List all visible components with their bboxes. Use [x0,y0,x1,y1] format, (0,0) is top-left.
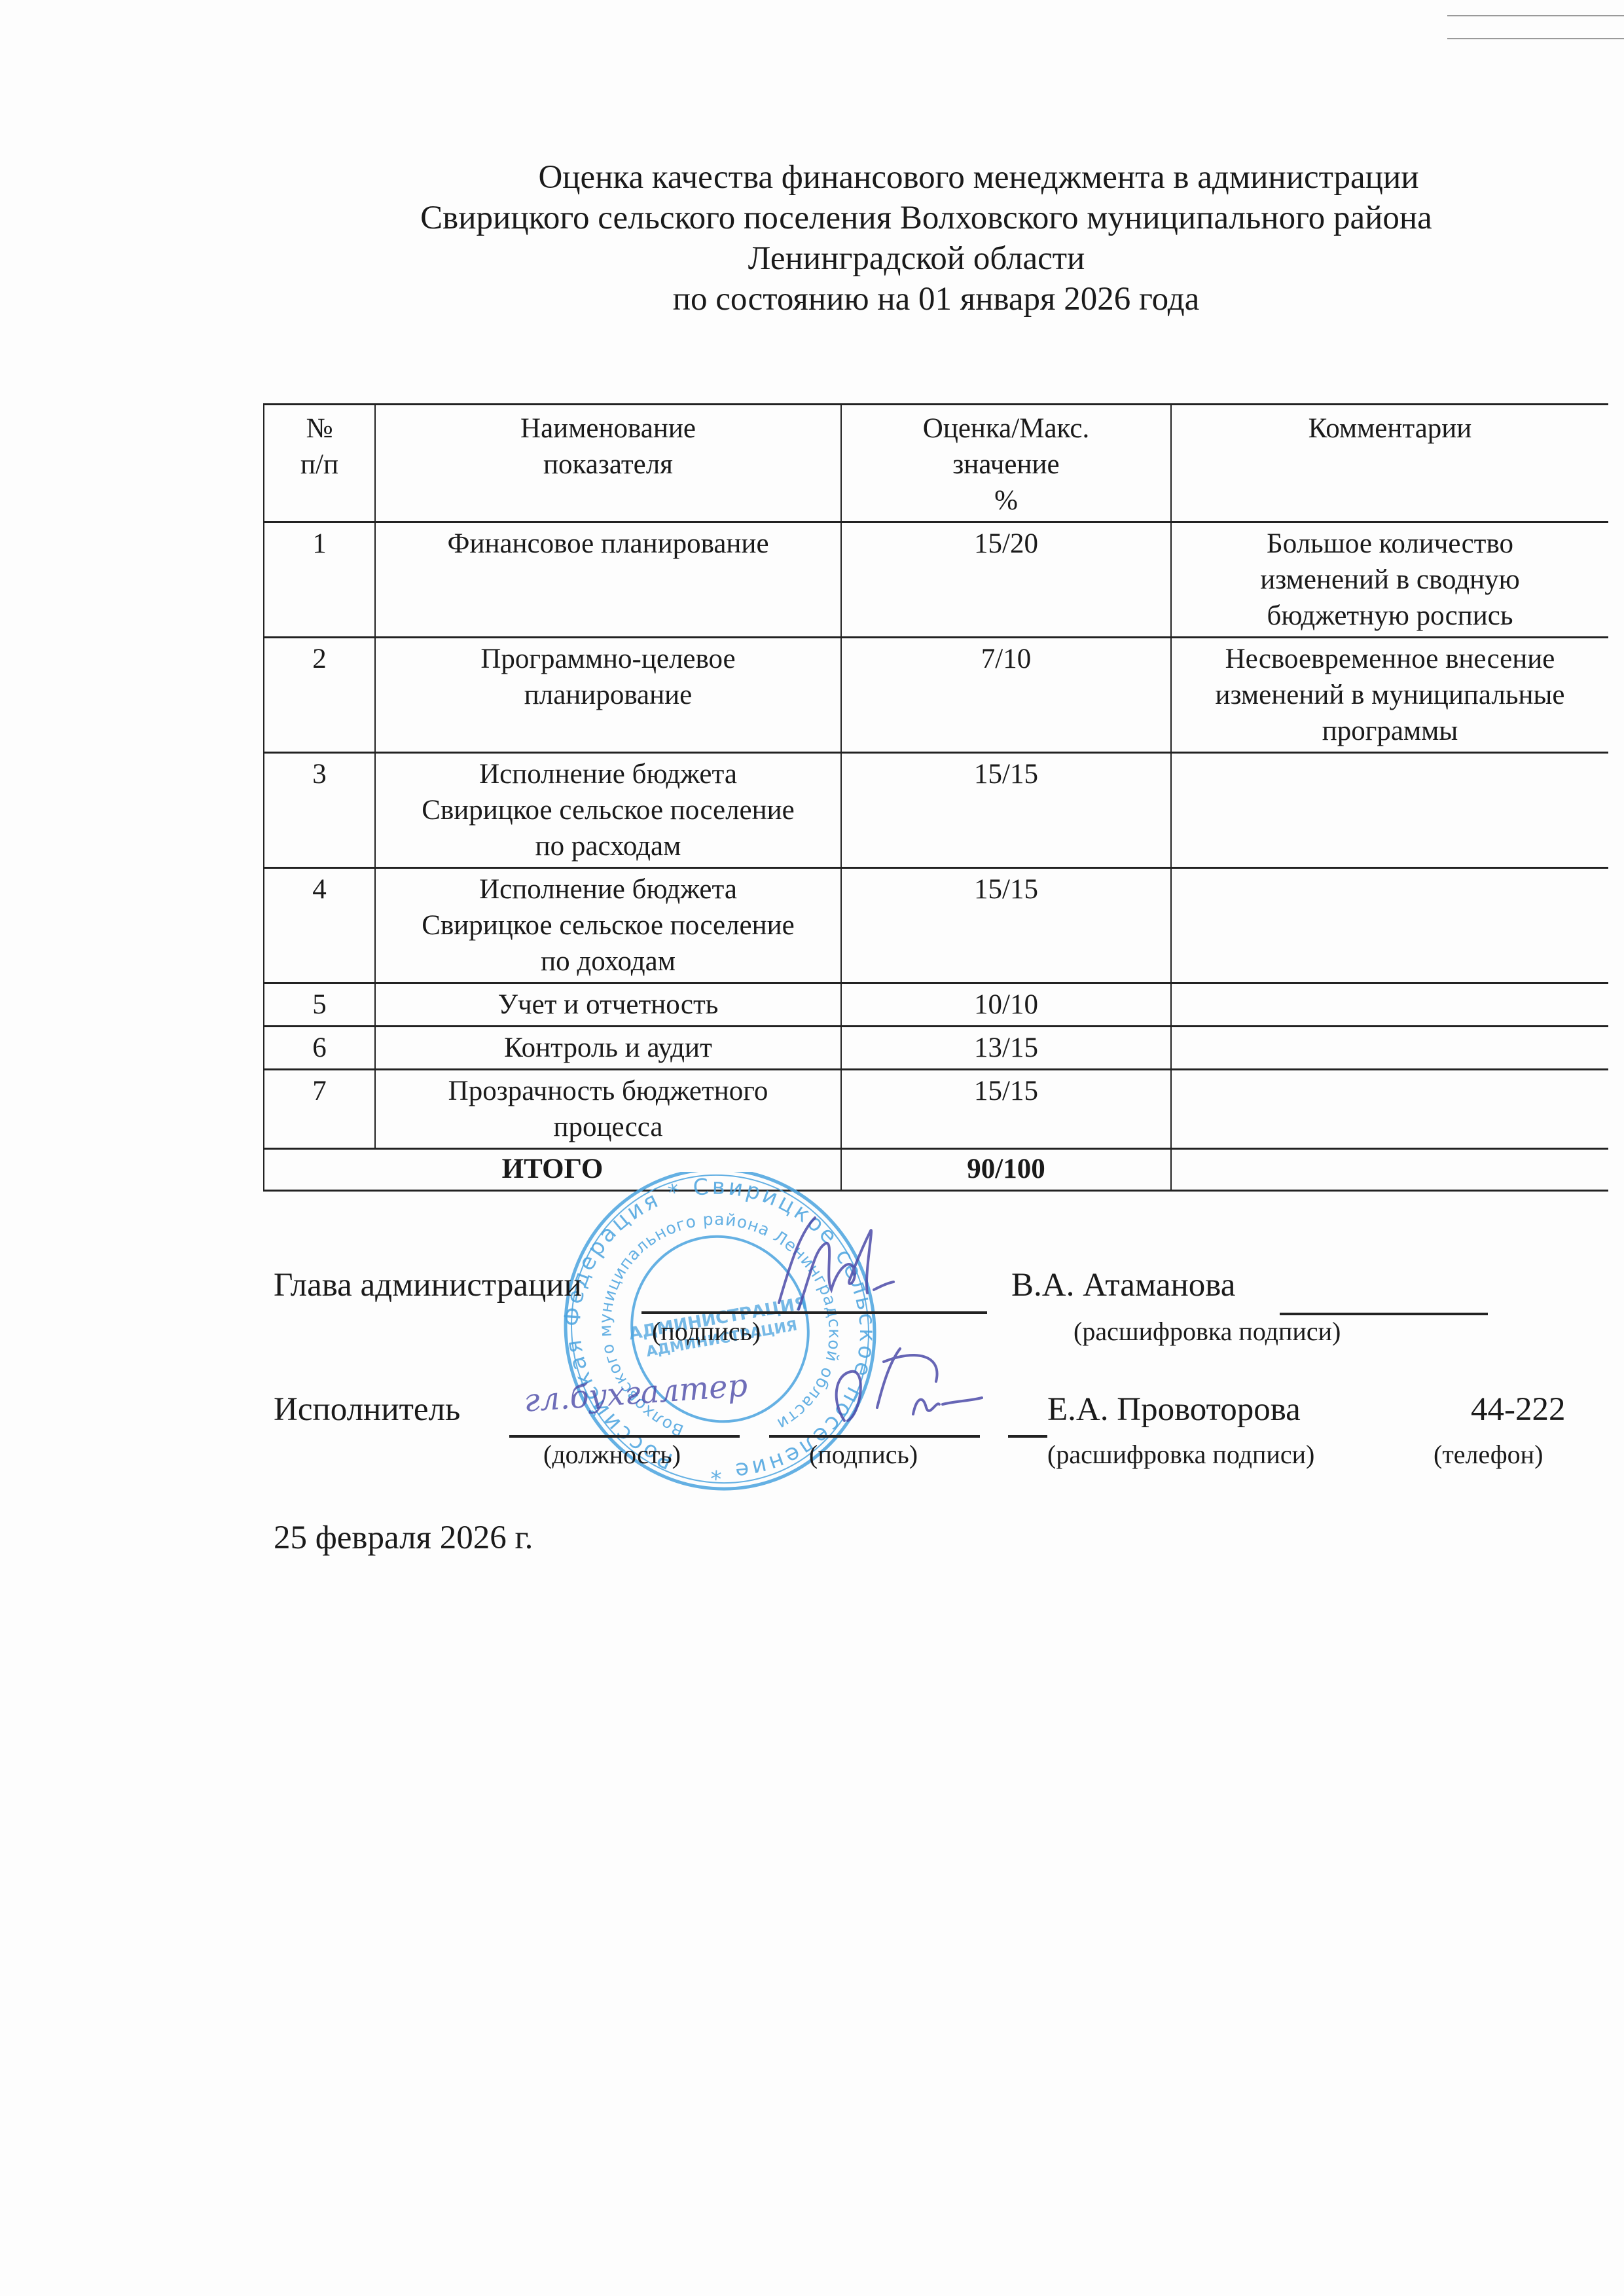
executor-phone-caption: (телефон) [1434,1439,1543,1470]
header-text: Оценка/Макс. [848,410,1164,446]
executor-name-caption: (расшифровка подписи) [1047,1439,1314,1470]
indicator-comment [1171,1070,1608,1149]
row-number: 4 [264,868,375,983]
indicator-score: 15/15 [841,868,1171,983]
indicator-name-line: Контроль и аудит [382,1030,834,1066]
head-handwritten-signature [753,1205,923,1322]
indicator-name: Финансовое планирование [375,522,841,638]
head-signature-line [641,1311,987,1314]
indicator-score: 10/10 [841,983,1171,1027]
header-text: % [848,483,1164,519]
row-number: 7 [264,1070,375,1149]
indicator-score: 15/20 [841,522,1171,638]
table-row: 4Исполнение бюджетаСвирицкое сельское по… [264,868,1608,983]
row-number-text: 5 [312,989,327,1020]
row-number-text: 3 [312,759,327,790]
title-line: Оценка качества финансового менеджмента … [262,157,1571,198]
indicator-comment [1171,868,1608,983]
head-name-caption: (расшифровка подписи) [1074,1316,1341,1347]
score-text: 10/10 [974,989,1038,1020]
table-header-row: № п/п Наименование показателя Оценка/Мак… [264,405,1608,522]
header-comments: Комментарии [1171,405,1608,522]
title-line: по состоянию на 01 января 2026 года [262,279,1571,319]
indicator-name-line: Свирицкое сельское поселение [382,792,834,828]
table-row: 3Исполнение бюджетаСвирицкое сельское по… [264,753,1608,868]
head-name: В.А. Атаманова [1011,1266,1235,1304]
executor-signature-line [769,1435,980,1438]
header-indicator-name: Наименование показателя [375,405,841,522]
indicator-name-line: Исполнение бюджета [382,871,834,907]
indicator-name: Исполнение бюджетаСвирицкое сельское пос… [375,753,841,868]
total-score: 90/100 [841,1149,1171,1191]
head-role: Глава администрации [274,1266,582,1304]
indicator-name-line: процесса [382,1109,834,1145]
indicator-name: Учет и отчетность [375,983,841,1027]
executor-name: Е.А. Провоторова [1047,1391,1301,1429]
row-number: 3 [264,753,375,868]
executor-sign-caption: (подпись) [809,1439,918,1470]
row-number: 1 [264,522,375,638]
header-number: № п/п [264,405,375,522]
indicator-comment: Несвоевременное внесениеизменений в муни… [1171,638,1608,753]
table-row: 1Финансовое планирование15/20Большое кол… [264,522,1608,638]
table-total-row: ИТОГО 90/100 [264,1149,1608,1191]
header-text: Наименование [382,410,834,446]
comment-line: изменений в муниципальные [1178,677,1602,713]
indicator-name-line: Финансовое планирование [382,526,834,562]
executor-position-line [509,1435,740,1438]
head-sign-caption: (подпись) [652,1316,761,1347]
indicator-score: 15/15 [841,1070,1171,1149]
executor-handwritten-position: гл.бухгалтер [522,1367,748,1419]
row-number: 6 [264,1027,375,1070]
executor-handwritten-signature [785,1336,995,1447]
score-text: 15/20 [974,528,1038,559]
comment-line: Несвоевременное внесение [1178,641,1602,677]
indicator-name-line: Исполнение бюджета [382,756,834,792]
comment-line: изменений в сводную [1178,562,1602,598]
indicator-name-line: Прозрачность бюджетного [382,1073,834,1109]
indicator-name-line: планирование [382,677,834,713]
executor-role: Исполнитель [274,1391,460,1429]
title-line: Свирицкого сельского поселения Волховско… [262,198,1571,238]
score-text: 13/15 [974,1032,1038,1063]
executor-phone: 44-222 [1471,1391,1565,1429]
header-score: Оценка/Макс. значение % [841,405,1171,522]
row-number-text: 6 [312,1032,327,1063]
table-row: 6Контроль и аудит13/15 [264,1027,1608,1070]
score-text: 15/15 [974,874,1038,905]
comment-line: Большое количество [1178,526,1602,562]
indicator-name: Программно-целевоепланирование [375,638,841,753]
comment-line: программы [1178,713,1602,749]
indicator-name-line: по доходам [382,943,834,979]
row-number: 5 [264,983,375,1027]
row-number-text: 7 [312,1076,327,1106]
indicator-name-line: Учет и отчетность [382,987,834,1023]
indicator-score: 15/15 [841,753,1171,868]
assessment-table: № п/п Наименование показателя Оценка/Мак… [263,403,1608,1192]
indicator-name-line: Программно-целевое [382,641,834,677]
score-text: 7/10 [981,644,1031,674]
header-text: № [271,410,368,446]
scan-artifact-line [1447,38,1624,39]
document-title: Оценка качества финансового менеджмента … [262,157,1571,319]
table-row: 2Программно-целевоепланирование7/10Несво… [264,638,1608,753]
indicator-name: Контроль и аудит [375,1027,841,1070]
total-comment [1171,1149,1608,1191]
table-row: 7Прозрачность бюджетногопроцесса15/15 [264,1070,1608,1149]
score-text: 15/15 [974,1076,1038,1106]
comment-line: бюджетную роспись [1178,598,1602,634]
indicator-name-line: по расходам [382,828,834,864]
table-body: 1Финансовое планирование15/20Большое кол… [264,522,1608,1149]
row-number: 2 [264,638,375,753]
indicator-comment [1171,1027,1608,1070]
row-number-text: 2 [312,644,327,674]
head-name-underline [1280,1313,1488,1315]
score-text: 15/15 [974,759,1038,790]
indicator-comment [1171,983,1608,1027]
executor-name-line-prefix [1008,1435,1047,1438]
header-text: показателя [382,446,834,483]
scan-artifact-line [1447,15,1624,16]
header-text: значение [848,446,1164,483]
indicator-name: Прозрачность бюджетногопроцесса [375,1070,841,1149]
title-line: Ленинградской области [262,238,1571,279]
executor-position-caption: (должность) [543,1439,681,1470]
document-date: 25 февраля 2026 г. [274,1519,533,1557]
indicator-comment: Большое количествоизменений в своднуюбюд… [1171,522,1608,638]
indicator-score: 7/10 [841,638,1171,753]
table-row: 5Учет и отчетность10/10 [264,983,1608,1027]
total-label: ИТОГО [264,1149,841,1191]
header-text: п/п [271,446,368,483]
indicator-name: Исполнение бюджетаСвирицкое сельское пос… [375,868,841,983]
indicator-score: 13/15 [841,1027,1171,1070]
indicator-comment [1171,753,1608,868]
row-number-text: 1 [312,528,327,559]
row-number-text: 4 [312,874,327,905]
indicator-name-line: Свирицкое сельское поселение [382,907,834,943]
